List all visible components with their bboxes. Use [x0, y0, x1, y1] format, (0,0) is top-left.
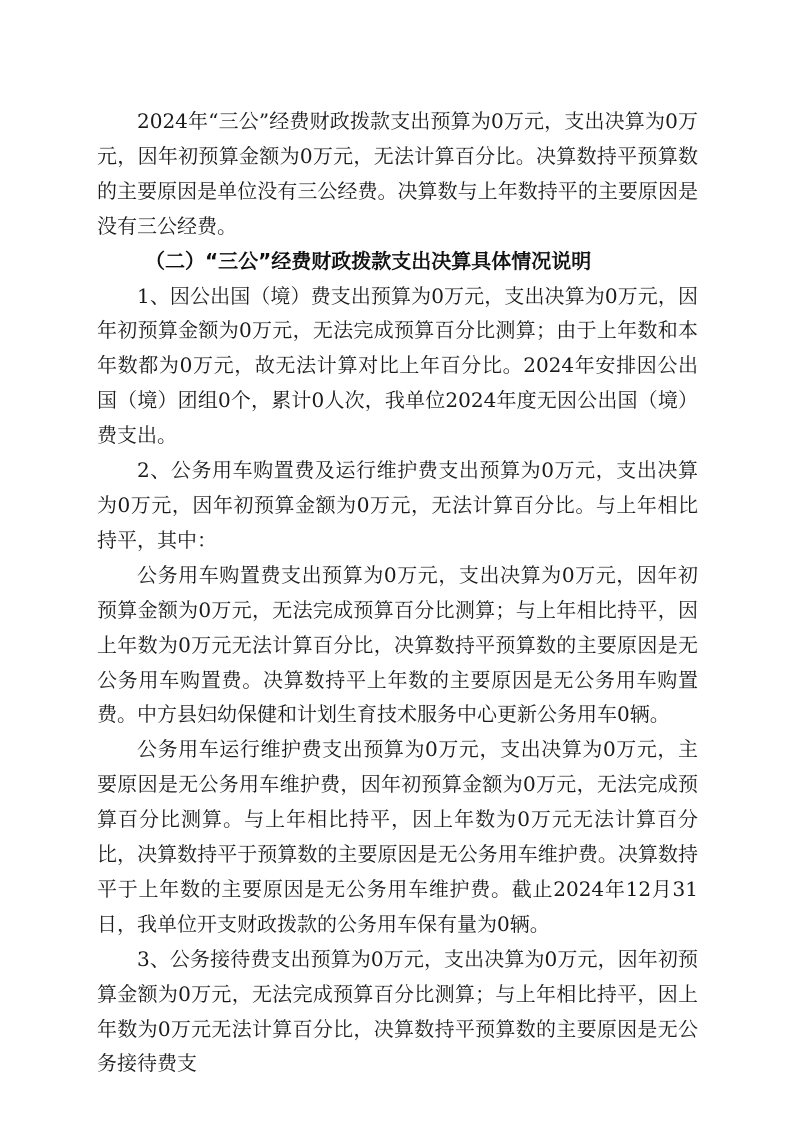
paragraph-official-reception: 3、公务接待费支出预算为0万元，支出决算为0万元，因年初预算金额为0万元，无法完…	[97, 942, 698, 1082]
paragraph-sangong-summary: 2024年“三公”经费财政拨款支出预算为0万元，支出决算为0万元，因年初预算金额…	[97, 104, 698, 244]
paragraph-overseas-travel: 1、因公出国（境）费支出预算为0万元，支出决算为0万元，因年初预算金额为0万元，…	[97, 279, 698, 454]
document-page: 2024年“三公”经费财政拨款支出预算为0万元，支出决算为0万元，因年初预算金额…	[97, 104, 698, 1081]
paragraph-vehicle-purchase: 公务用车购置费支出预算为0万元，支出决算为0万元，因年初预算金额为0万元，无法完…	[97, 558, 698, 733]
paragraph-official-vehicles: 2、公务用车购置费及运行维护费支出预算为0万元，支出决算为0万元，因年初预算金额…	[97, 453, 698, 558]
paragraph-vehicle-maintenance: 公务用车运行维护费支出预算为0万元，支出决算为0万元，主要原因是无公务用车维护费…	[97, 732, 698, 941]
section-heading-sangong-details: （二）“三公”经费财政拨款支出决算具体情况说明	[97, 244, 698, 279]
